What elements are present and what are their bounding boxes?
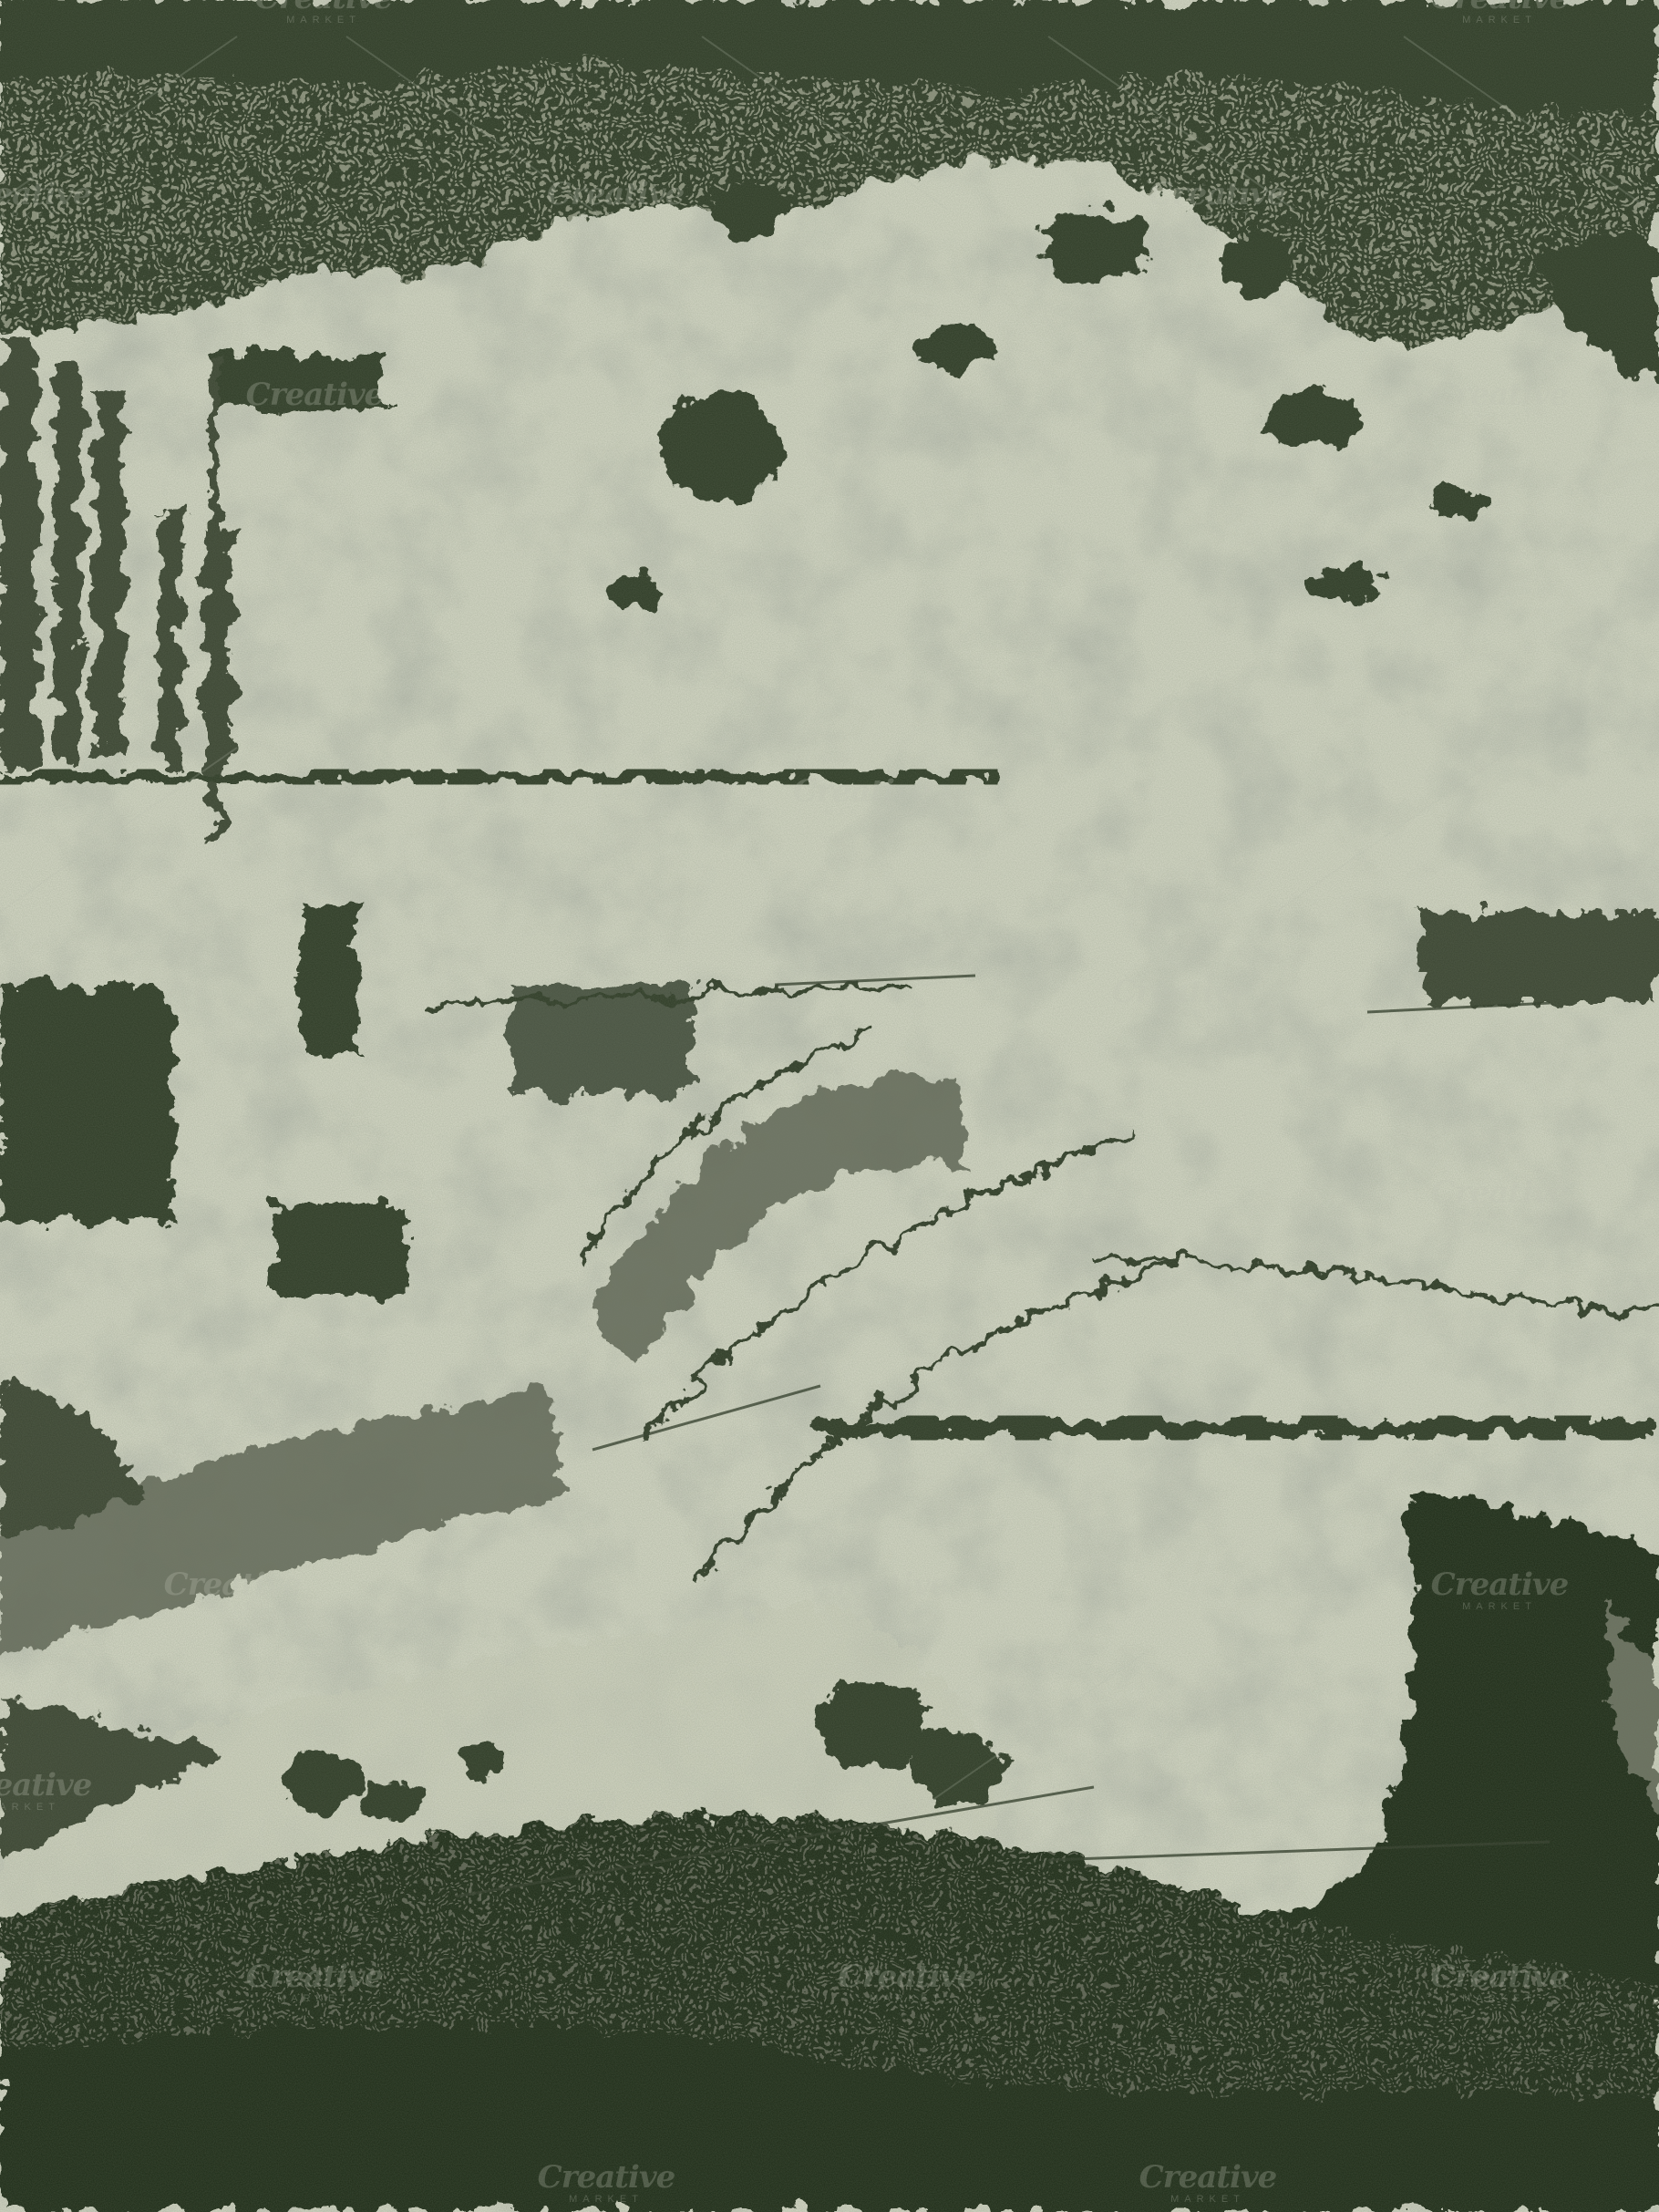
grunge-texture-image: CreativeMARKET CreativeMARKET CreativeMA… bbox=[0, 0, 1659, 2212]
texture-artwork bbox=[0, 0, 1659, 2212]
